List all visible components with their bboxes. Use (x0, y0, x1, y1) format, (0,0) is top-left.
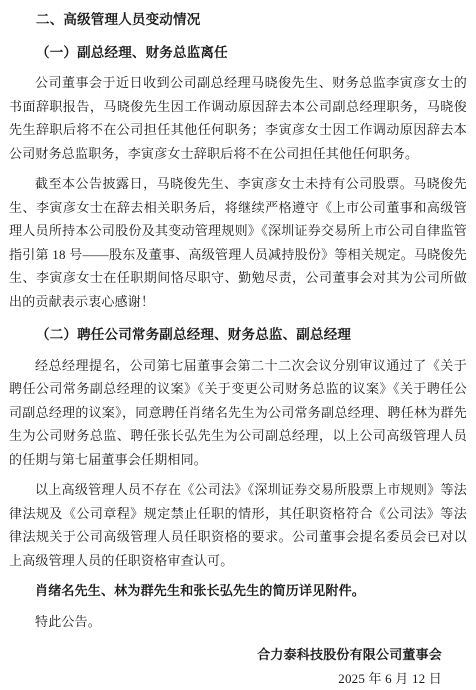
closing-statement: 特此公告。 (9, 610, 467, 634)
announcement-document: 二、高级管理人员变动情况 （一）副总经理、财务总监离任 公司董事会于近日收到公司… (0, 0, 476, 690)
signature-block: 合力泰科技股份有限公司董事会 2025 年 6 月 12 日 (9, 643, 467, 690)
section-2-paragraph-appointments: 经总经理提名，公司第七届董事会第二十二次会议分别审议通过了《关于聘任公司常务副总… (9, 354, 467, 472)
announcement-date: 2025 年 6 月 12 日 (9, 667, 442, 690)
attachment-note: 肖绪名先生、林为群先生和张长弘先生的简历详见附件。 (9, 579, 467, 603)
company-signature: 合力泰科技股份有限公司董事会 (9, 643, 442, 667)
section-1-paragraph-shares-compliance: 截至本公告披露日，马晓俊先生、李寅彦女士未持有公司股票。马晓俊先生、李寅彦女士在… (9, 172, 467, 313)
document-heading: 二、高级管理人员变动情况 (9, 8, 467, 32)
section-2-subheading: （二）聘任公司常务副总经理、财务总监、副总经理 (9, 323, 467, 347)
section-1-subheading: （一）副总经理、财务总监离任 (9, 41, 467, 65)
section-1-paragraph-resignation: 公司董事会于近日收到公司副总经理马晓俊先生、财务总监李寅彦女士的书面辞职报告，马… (9, 71, 467, 165)
section-2-paragraph-qualifications: 以上高级管理人员不存在《公司法》《深圳证券交易所股票上市规则》等法律法规及《公司… (9, 478, 467, 572)
